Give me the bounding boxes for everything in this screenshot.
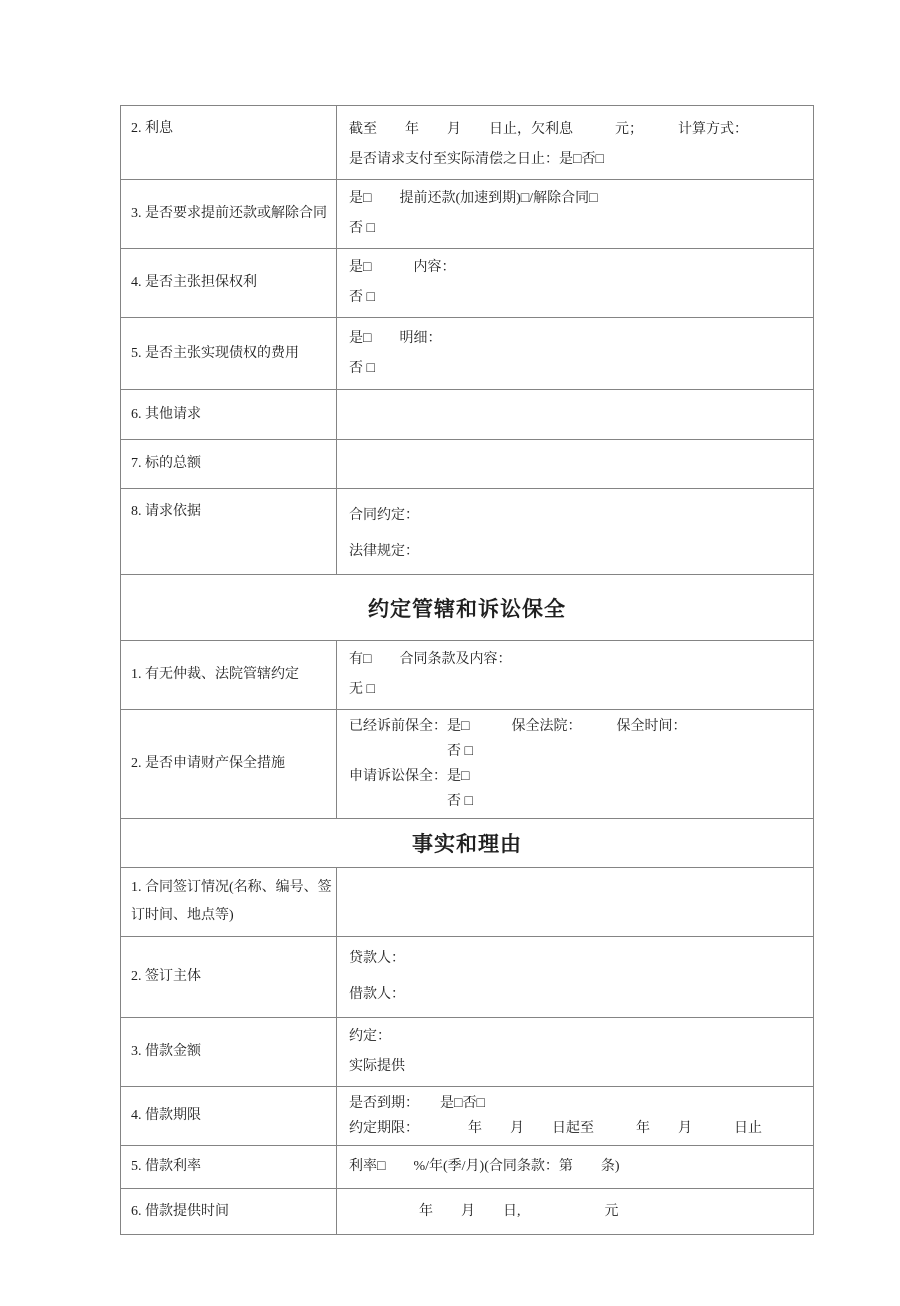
content-line: 否 □ <box>349 354 805 384</box>
row-total-subject-amount: 7. 标的总额 <box>121 439 813 488</box>
section-header-facts-reasons: 事实和理由 <box>121 818 813 867</box>
row-claim-basis: 8. 请求依据 合同约定： 法律规定： <box>121 488 813 574</box>
row-label: 4. 是否主张担保权利 <box>121 249 337 317</box>
row-content: 是□ 明细： 否 □ <box>337 318 813 389</box>
row-content: 截至 年 月 日止，欠利息 元； 计算方式： 是否请求支付至实际清偿之日止：是□… <box>337 106 813 179</box>
row-early-repayment-or-rescission: 3. 是否要求提前还款或解除合同 是□ 提前还款(加速到期)□/解除合同□ 否 … <box>121 179 813 248</box>
row-content: 年 月 日, 元 <box>337 1189 813 1234</box>
row-other-claims: 6. 其他请求 <box>121 389 813 439</box>
row-debt-realization-costs: 5. 是否主张实现债权的费用 是□ 明细： 否 □ <box>121 317 813 389</box>
content-line: 截至 年 月 日止，欠利息 元； 计算方式： <box>349 115 805 145</box>
row-label: 2. 是否申请财产保全措施 <box>121 710 337 818</box>
content-line: 否 □ <box>349 789 805 814</box>
content-line: 是□ 明细： <box>349 324 805 354</box>
row-content: 是否到期： 是□否□ 约定期限： 年 月 日起至 年 月 日止 <box>337 1087 813 1145</box>
content-line: 有□ 合同条款及内容： <box>349 645 805 675</box>
section-header-jurisdiction-preservation: 约定管辖和诉讼保全 <box>121 574 813 640</box>
content-line: 约定期限： 年 月 日起至 年 月 日止 <box>349 1116 805 1141</box>
content-line: 利率□ %/年(季/月)(合同条款：第 条) <box>349 1152 805 1182</box>
content-line: 申请诉讼保全：是□ <box>349 764 805 789</box>
content-line: 实际提供 <box>349 1052 805 1082</box>
row-content: 有□ 合同条款及内容： 无 □ <box>337 641 813 709</box>
row-label: 7. 标的总额 <box>121 440 337 488</box>
row-content: 合同约定： 法律规定： <box>337 489 813 574</box>
section-title: 约定管辖和诉讼保全 <box>368 593 566 623</box>
content-line: 法律规定： <box>349 534 805 570</box>
content-line: 已经诉前保全：是□ 保全法院： 保全时间： <box>349 714 805 739</box>
row-loan-provision-time: 6. 借款提供时间 年 月 日, 元 <box>121 1188 813 1234</box>
row-interest: 2. 利息 截至 年 月 日止，欠利息 元； 计算方式： 是否请求支付至实际清偿… <box>121 106 813 179</box>
row-label: 6. 其他请求 <box>121 390 337 439</box>
row-arbitration-court-agreement: 1. 有无仲裁、法院管辖约定 有□ 合同条款及内容： 无 □ <box>121 640 813 709</box>
row-label: 1. 有无仲裁、法院管辖约定 <box>121 641 337 709</box>
row-content: 已经诉前保全：是□ 保全法院： 保全时间： 否 □ 申请诉讼保全：是□ 否 □ <box>337 710 813 818</box>
row-loan-amount: 3. 借款金额 约定： 实际提供 <box>121 1017 813 1086</box>
row-label: 2. 利息 <box>121 106 337 179</box>
row-content: 贷款人： 借款人： <box>337 937 813 1017</box>
row-label: 1. 合同签订情况(名称、编号、签订时间、地点等) <box>121 868 337 936</box>
row-label: 5. 是否主张实现债权的费用 <box>121 318 337 389</box>
content-line: 是□ 提前还款(加速到期)□/解除合同□ <box>349 184 805 214</box>
content-line: 无 □ <box>349 675 805 705</box>
row-content: 是□ 内容： 否 □ <box>337 249 813 317</box>
row-content: 利率□ %/年(季/月)(合同条款：第 条) <box>337 1146 813 1188</box>
content-line: 否 □ <box>349 283 805 313</box>
row-label: 6. 借款提供时间 <box>121 1189 337 1234</box>
row-property-preservation: 2. 是否申请财产保全措施 已经诉前保全：是□ 保全法院： 保全时间： 否 □ … <box>121 709 813 818</box>
content-line: 年 月 日, 元 <box>349 1197 805 1227</box>
row-label: 3. 借款金额 <box>121 1018 337 1086</box>
content-line: 贷款人： <box>349 941 805 977</box>
row-security-rights: 4. 是否主张担保权利 是□ 内容： 否 □ <box>121 248 813 317</box>
content-line: 合同约定： <box>349 498 805 534</box>
row-content <box>337 440 813 488</box>
row-label: 8. 请求依据 <box>121 489 337 574</box>
content-line: 是否请求支付至实际清偿之日止：是□否□ <box>349 145 805 175</box>
row-label: 3. 是否要求提前还款或解除合同 <box>121 180 337 248</box>
row-content: 是□ 提前还款(加速到期)□/解除合同□ 否 □ <box>337 180 813 248</box>
row-label: 4. 借款期限 <box>121 1087 337 1145</box>
row-signing-parties: 2. 签订主体 贷款人： 借款人： <box>121 936 813 1017</box>
loan-dispute-form-table: 2. 利息 截至 年 月 日止，欠利息 元； 计算方式： 是否请求支付至实际清偿… <box>120 105 814 1235</box>
row-loan-term: 4. 借款期限 是否到期： 是□否□ 约定期限： 年 月 日起至 年 月 日止 <box>121 1086 813 1145</box>
content-line: 是否到期： 是□否□ <box>349 1091 805 1116</box>
row-content <box>337 390 813 439</box>
content-line: 否 □ <box>349 214 805 244</box>
row-content <box>337 868 813 936</box>
section-title: 事实和理由 <box>412 828 522 858</box>
row-label: 5. 借款利率 <box>121 1146 337 1188</box>
row-loan-interest-rate: 5. 借款利率 利率□ %/年(季/月)(合同条款：第 条) <box>121 1145 813 1188</box>
content-line: 是□ 内容： <box>349 253 805 283</box>
row-label: 2. 签订主体 <box>121 937 337 1017</box>
row-contract-signing-details: 1. 合同签订情况(名称、编号、签订时间、地点等) <box>121 867 813 936</box>
content-line: 借款人： <box>349 977 805 1013</box>
content-line: 约定： <box>349 1022 805 1052</box>
content-line: 否 □ <box>349 739 805 764</box>
document-page: 2. 利息 截至 年 月 日止，欠利息 元； 计算方式： 是否请求支付至实际清偿… <box>0 0 900 1306</box>
row-content: 约定： 实际提供 <box>337 1018 813 1086</box>
